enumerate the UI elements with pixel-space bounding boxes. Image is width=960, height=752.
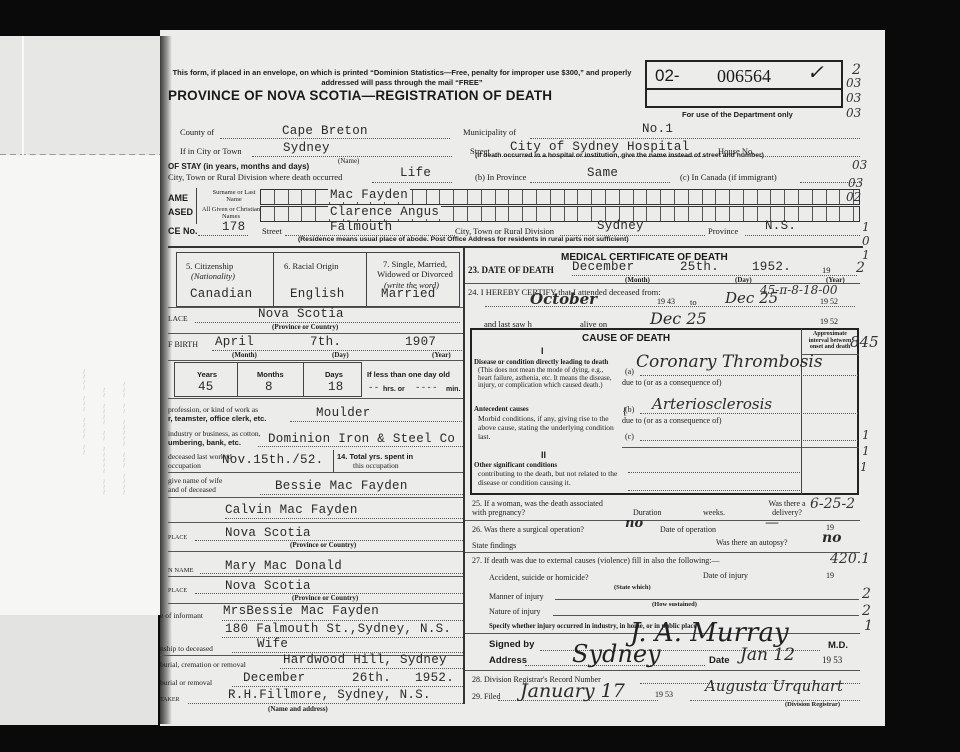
divider xyxy=(168,551,463,552)
margin-code: 6-25-2 xyxy=(810,496,855,512)
industry-label: industry or business, as cotton, xyxy=(168,429,261,438)
pregnancy-label: 25. If a woman, was the death associated… xyxy=(472,499,607,517)
margin-code: 1 xyxy=(860,460,868,474)
spouse-value: Bessie Mac Fayden xyxy=(275,479,408,493)
stay-canada-label: (c) In Canada (if immigrant) xyxy=(680,172,777,182)
to-year: 19 52 xyxy=(820,297,838,306)
dotted-line xyxy=(572,275,857,276)
birthplace-label: LACE xyxy=(168,314,188,323)
address-label: Address xyxy=(489,655,527,666)
direct-cause-note: (This does not mean the mode of dying, e… xyxy=(478,367,618,390)
last-worked-value: Nov.15th./52. xyxy=(222,453,323,467)
mother-name-value: Mary Mac Donald xyxy=(225,559,342,573)
marital-status-label: 7. Single, Married, Widowed or Divorced xyxy=(370,259,460,279)
age-months-value: 8 xyxy=(265,380,273,394)
birth-date-label: F BIRTH xyxy=(168,340,198,349)
sign-date-handwritten: Jan 12 xyxy=(740,645,795,665)
bleed-through-text: ~~ ~~~~ ~~~ ~~~~ xyxy=(80,215,90,455)
death-month-value: December xyxy=(572,260,634,274)
divider xyxy=(168,497,463,498)
margin-code: 1 xyxy=(862,428,870,442)
filed-label: 29. Filed xyxy=(472,692,500,701)
street-note: (If death occurred in a hospital or inst… xyxy=(475,152,764,159)
undertaker-label: TAKER xyxy=(160,697,180,703)
cause-a-label: (a) xyxy=(625,367,634,376)
dotted-line xyxy=(200,573,463,574)
cause-c-label: (c) xyxy=(625,432,634,441)
divider xyxy=(196,188,197,224)
margin-code: 03 xyxy=(848,176,863,190)
margin-code: 1 xyxy=(862,444,870,458)
racial-origin-label: 6. Racial Origin xyxy=(284,261,339,271)
margin-code: 420.1 xyxy=(830,551,870,567)
residence-city-value: Sydney xyxy=(597,219,644,233)
citizenship-label: 5. Citizenship xyxy=(186,261,233,271)
part-two-label: II xyxy=(541,450,546,460)
city-label: If in City or Town xyxy=(180,146,242,156)
folded-flap-bottom xyxy=(0,615,158,725)
margin-code: 2 xyxy=(856,260,865,276)
bleed-through-text: ~~~~ ~~~ ~~~~~ ~~ ~~~ xyxy=(120,195,130,495)
burial-day-value: 26th. xyxy=(352,671,391,685)
age-years-label: Years xyxy=(197,370,217,379)
age-days-value: 18 xyxy=(328,380,344,394)
due-to-label-2: due to (or as a consequence of) xyxy=(622,416,722,425)
department-note: For use of the Department only xyxy=(682,110,793,119)
injury-date-label: Date of injury xyxy=(703,571,748,580)
mother-birthplace-label: PLACE xyxy=(168,588,187,594)
mother-birthplace-caption: (Province or Country) xyxy=(292,594,358,602)
residence-no-value: 178 xyxy=(222,220,245,234)
box-divider xyxy=(647,88,841,90)
margin-code: 0 xyxy=(862,234,870,248)
part-one-label: I xyxy=(541,346,544,356)
divider xyxy=(168,333,463,334)
other-conditions-note: contributing to the death, but not relat… xyxy=(478,469,620,487)
undertaker-value: R.H.Fillmore, Sydney, N.S. xyxy=(228,688,431,702)
registration-number-box: 02- 006564 ✓ xyxy=(645,60,843,108)
physician-address-handwritten: Sydney xyxy=(572,640,661,668)
dotted-line xyxy=(198,235,248,236)
citizenship-sublabel: (Nationality) xyxy=(191,271,235,281)
divider xyxy=(465,552,860,553)
informant-name-value: MrsBessie Mac Fayden xyxy=(223,604,379,618)
margin-code: 02 xyxy=(846,190,861,204)
father-birthplace-label: PLACE xyxy=(168,535,187,541)
divider xyxy=(168,398,463,399)
divider xyxy=(622,447,859,448)
city-caption: (Name) xyxy=(338,157,359,165)
weeks-label: weeks. xyxy=(703,508,725,517)
divider xyxy=(168,472,463,473)
father-birthplace-value: Nova Scotia xyxy=(225,526,311,540)
dotted-line xyxy=(628,490,800,491)
fold-crease xyxy=(22,36,24,156)
death-date-label: 23. DATE OF DEATH xyxy=(468,265,554,275)
stay-label: OF STAY (in years, months and days) xyxy=(168,162,309,171)
less-than-day-label: If less than one day old xyxy=(367,370,450,379)
burial-year-value: 1952. xyxy=(415,671,454,685)
dotted-line xyxy=(760,156,860,157)
racial-origin-value: English xyxy=(290,287,345,301)
margin-code: 03 xyxy=(846,91,861,105)
from-year: 19 43 xyxy=(657,297,675,306)
birth-month-value: April xyxy=(215,335,254,349)
dotted-line xyxy=(628,472,800,473)
antecedent-label: Antecedent causes xyxy=(474,405,529,413)
residence-note: (Residence means usual place of abode. P… xyxy=(298,236,629,243)
city-value: Sydney xyxy=(283,141,330,155)
dotted-line xyxy=(258,446,463,447)
month-caption: (Month) xyxy=(232,351,257,359)
external-causes-label: 27. If death was due to external causes … xyxy=(472,556,719,565)
residence-province-label: Province xyxy=(708,226,738,236)
divider xyxy=(465,670,860,671)
death-year-prefix: 19 xyxy=(822,265,831,275)
mother-birthplace-value: Nova Scotia xyxy=(225,579,311,593)
birthplace-value: Nova Scotia xyxy=(258,307,344,321)
dotted-line xyxy=(220,138,450,139)
other-conditions-label: Other significant conditions xyxy=(474,461,557,469)
registration-prefix: 02- xyxy=(655,66,680,86)
undertaker-caption: (Name and address) xyxy=(268,705,328,713)
spouse-label: give name of wife xyxy=(168,476,222,485)
dotted-line xyxy=(225,518,463,519)
how-sustained-caption: (How sustained) xyxy=(652,601,697,608)
trade-value: Moulder xyxy=(316,406,371,420)
margin-code: 1 xyxy=(862,220,870,234)
cause-b-label: (b) xyxy=(625,405,634,414)
spouse-label-2: and of deceased xyxy=(168,485,216,494)
dotted-line xyxy=(232,686,463,687)
divider xyxy=(273,252,274,307)
total-years-label-2: this occupation xyxy=(353,461,399,470)
margin-code: 2 xyxy=(862,586,871,602)
residence-street-value: Falmouth xyxy=(330,220,392,234)
nature-label: Nature of injury xyxy=(489,607,541,616)
dotted-line xyxy=(290,421,462,422)
informant-address-value: 180 Falmouth St.,Sydney, N.S. xyxy=(225,622,451,636)
margin-code: 1 xyxy=(864,618,873,634)
divider xyxy=(366,252,367,307)
birth-day-value: 7th. xyxy=(310,335,341,349)
dotted-line xyxy=(222,620,463,621)
to-label: to xyxy=(690,297,697,307)
death-day-value: 25th. xyxy=(680,260,719,274)
dotted-line xyxy=(640,375,858,376)
residence-city-label: City, Town or Rural Division xyxy=(455,226,554,236)
last-saw-handwritten: Dec 25 xyxy=(650,309,707,328)
trade-label: profession, or kind of work as xyxy=(168,405,258,414)
burial-place-label: burial, cremation or removal xyxy=(160,660,246,669)
burial-place-value: Hardwood Hill, Sydney xyxy=(283,653,447,667)
margin-code: 03 xyxy=(846,76,861,90)
mother-name-label: N NAME xyxy=(168,567,193,574)
postage-notice: This form, if placed in an envelope, on … xyxy=(172,68,632,88)
margin-code: 45-π-8-18-00 xyxy=(760,283,838,297)
residence-no-label: CE No. xyxy=(168,226,198,236)
industry-value: Dominion Iron & Steel Co xyxy=(268,432,455,446)
divider xyxy=(168,576,463,577)
dotted-line xyxy=(640,413,858,414)
dotted-line xyxy=(188,703,463,704)
marital-status-value: Married xyxy=(381,287,436,301)
birthplace-caption: (Province or Country) xyxy=(272,323,338,331)
operation-date-handwritten: — xyxy=(765,515,779,531)
stay-province-value: Same xyxy=(587,166,618,180)
bleed-through-text: ~~~ ~~~~~ ~~ ~~~~ ~~ xyxy=(100,215,110,495)
municipality-value: No.1 xyxy=(642,122,673,136)
antecedent-note: Morbid conditions, if any, giving rise t… xyxy=(478,414,618,441)
form-edge-shadow xyxy=(160,36,172,724)
father-name-value: Calvin Mac Fayden xyxy=(225,503,358,517)
sign-date-label: Date xyxy=(709,655,730,666)
county-value: Cape Breton xyxy=(282,124,368,138)
given-names-label: All Given or Christian Names xyxy=(200,206,262,220)
operation-date-label: Date of operation xyxy=(660,525,716,534)
margin-code: 2 xyxy=(862,603,871,619)
md-label: M.D. xyxy=(828,640,848,651)
autopsy-label: Was there an autopsy? xyxy=(716,538,788,547)
divider xyxy=(465,520,860,521)
cause-b-handwritten: Arteriosclerosis xyxy=(652,395,772,413)
cause-a-handwritten: Coronary Thrombosis xyxy=(636,352,823,372)
residence-street-label: Street xyxy=(262,226,282,236)
findings-label: State findings xyxy=(472,541,516,550)
autopsy-handwritten: no xyxy=(822,530,842,546)
accident-label: Accident, suicide or homicide? xyxy=(489,573,589,582)
stay-province-label: (b) In Province xyxy=(475,172,526,182)
death-year-value: 1952. xyxy=(752,260,791,274)
age-months-label: Months xyxy=(257,370,284,379)
name-side-label-2: ASED xyxy=(168,207,193,217)
direct-cause-label: Disease or condition directly leading to… xyxy=(474,358,608,366)
underline xyxy=(553,615,859,616)
birth-year-value: 1907 xyxy=(405,335,436,349)
last-saw-year: 19 52 xyxy=(820,317,838,326)
surname-value: Mac Fayden xyxy=(328,188,410,202)
dotted-line xyxy=(280,668,463,669)
burial-date-label: burial or removal xyxy=(160,678,212,687)
county-label: County of xyxy=(180,127,214,137)
hours-label: hrs. or xyxy=(383,386,405,393)
divider xyxy=(168,522,463,523)
dotted-line xyxy=(260,494,463,495)
stay-city-label: City, Town or Rural Division where death… xyxy=(168,172,342,182)
margin-code: 03 xyxy=(846,106,861,120)
sign-year: 19 53 xyxy=(822,655,842,665)
surname-label: Surname or Last Name xyxy=(206,189,262,203)
stay-city-value: Life xyxy=(400,166,431,180)
minutes-value: ---- xyxy=(415,383,438,393)
minutes-label: min. xyxy=(446,386,460,393)
due-to-label: due to (or as a consequence of) xyxy=(622,378,722,387)
surgery-label: 26. Was there a surgical operation? xyxy=(472,525,584,534)
injury-year-prefix: 19 xyxy=(826,571,834,580)
year-caption: (Year) xyxy=(432,351,451,359)
page-title: PROVINCE OF NOVA SCOTIA—REGISTRATION OF … xyxy=(168,88,552,103)
underline xyxy=(555,599,859,600)
day-caption: (Day) xyxy=(332,351,349,359)
cause-of-death-heading: CAUSE OF DEATH xyxy=(582,333,670,344)
section-divider xyxy=(168,246,863,248)
name-side-label-1: AME xyxy=(168,193,188,203)
margin-code: 845 xyxy=(850,333,879,351)
state-which-caption: (State which) xyxy=(614,584,651,591)
age-days-label: Days xyxy=(325,370,343,379)
registrar-signature: Augusta Urquhart xyxy=(705,677,843,695)
surgery-handwritten: no xyxy=(625,516,643,531)
trade-label-2: r, teamster, office clerk, etc. xyxy=(168,414,266,423)
filed-date-handwritten: January 17 xyxy=(520,680,625,702)
divider xyxy=(237,362,238,397)
last-worked-label-2: occupation xyxy=(168,461,201,470)
hours-value: -- xyxy=(368,383,379,393)
citizenship-value: Canadian xyxy=(190,287,252,301)
margin-code: 03 xyxy=(852,158,867,172)
dotted-line xyxy=(530,138,860,139)
registration-number: 006564 xyxy=(717,66,771,87)
burial-month-value: December xyxy=(243,671,305,685)
relationship-label: nship to deceased xyxy=(160,644,213,653)
attended-from-handwritten: October xyxy=(530,290,597,308)
relationship-value: Wife xyxy=(257,637,288,651)
dotted-line xyxy=(530,182,670,183)
registrar-caption: (Division Registrar) xyxy=(785,701,840,708)
municipality-label: Municipality of xyxy=(463,127,516,137)
dotted-line xyxy=(640,440,858,441)
filed-year: 19 53 xyxy=(655,690,673,699)
folded-flap-top xyxy=(0,36,165,156)
father-birthplace-caption: (Province or Country) xyxy=(290,541,356,549)
total-years-label: 14. Total yrs. spent in xyxy=(337,452,413,461)
divider xyxy=(168,360,463,361)
signed-by-label: Signed by xyxy=(489,639,534,650)
dotted-line xyxy=(372,182,452,183)
interval-label: Approximate interval between onset and d… xyxy=(803,331,857,351)
checkmark-icon: ✓ xyxy=(807,60,824,85)
residence-province-value: N.S. xyxy=(765,219,796,233)
divider xyxy=(333,450,334,472)
industry-label-2: umbering, bank, etc. xyxy=(168,438,241,447)
column-divider xyxy=(463,248,465,704)
manner-label: Manner of injury xyxy=(489,592,544,601)
informant-label: e of informant xyxy=(160,611,203,620)
age-years-value: 45 xyxy=(198,380,214,394)
given-names-value: Clarence Angus xyxy=(328,205,441,219)
folded-flap-middle: ~~~~ ~~~ ~~~~~ ~~ ~~~ ~~~ ~~~~~ ~~ ~~~~ … xyxy=(0,155,168,615)
dotted-line xyxy=(745,235,860,236)
divider xyxy=(303,362,304,397)
